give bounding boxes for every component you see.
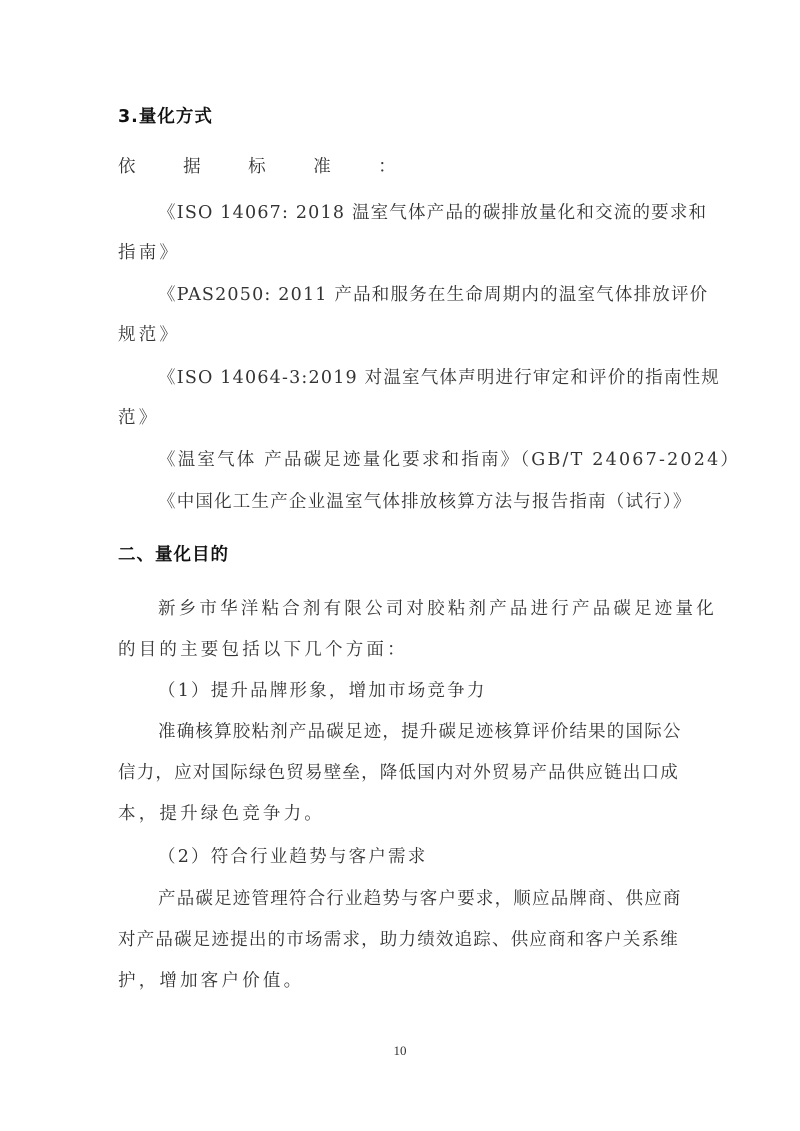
point-2-body-line3: 护，增加客户价值。 [118,969,683,993]
point-2-title: （2）符合行业趋势与客户需求 [158,845,723,869]
point-1-body-line2: 信力，应对国际绿色贸易壁垒，降低国内对外贸易产品供应链出口成 [118,761,683,785]
standard-iso14064-line2: 范》 [118,406,683,430]
standard-pas2050-line2: 规范》 [118,323,683,347]
intro-paragraph-line1: 新乡市华洋粘合剂有限公司对胶粘剂产品进行产品碳足迹量化 [158,597,723,621]
standard-gbt24067: 《温室气体 产品碳足迹量化要求和指南》（GB/T 24067-2024） [158,448,723,472]
document-page: 3.量化方式 依 据 标 准 ： 《ISO 14067: 2018 温室气体产品… [0,0,800,1131]
point-2-body-line1: 产品碳足迹管理符合行业趋势与客户要求，顺应品牌商、供应商 [158,887,723,911]
point-1-body-line1: 准确核算胶粘剂产品碳足迹，提升碳足迹核算评价结果的国际公 [158,720,723,744]
basis-standards-label: 依 据 标 准 ： [118,155,683,179]
point-1-body-line3: 本，提升绿色竞争力。 [118,802,683,826]
standard-pas2050-line1: 《PAS2050: 2011 产品和服务在生命周期内的温室气体排放评价 [158,283,723,307]
standard-iso14064-line1: 《ISO 14064-3:2019 对温室气体声明进行审定和评价的指南性规 [158,366,723,390]
section-heading-quantification-method: 3.量化方式 [118,105,683,129]
point-1-title: （1）提升品牌形象，增加市场竞争力 [158,679,723,703]
standard-iso14067-line2: 指南》 [118,241,683,265]
standard-iso14067-line1: 《ISO 14067: 2018 温室气体产品的碳排放量化和交流的要求和 [158,201,723,225]
intro-paragraph-line2: 的目的主要包括以下几个方面： [118,638,683,662]
point-2-body-line2: 对产品碳足迹提出的市场需求，助力绩效追踪、供应商和客户关系维 [118,928,683,952]
section-heading-quantification-purpose: 二、量化目的 [118,543,683,567]
standard-chemical-industry-guide: 《中国化工生产企业温室气体排放核算方法与报告指南（试行）》 [158,490,723,514]
page-number: 10 [0,1043,800,1059]
